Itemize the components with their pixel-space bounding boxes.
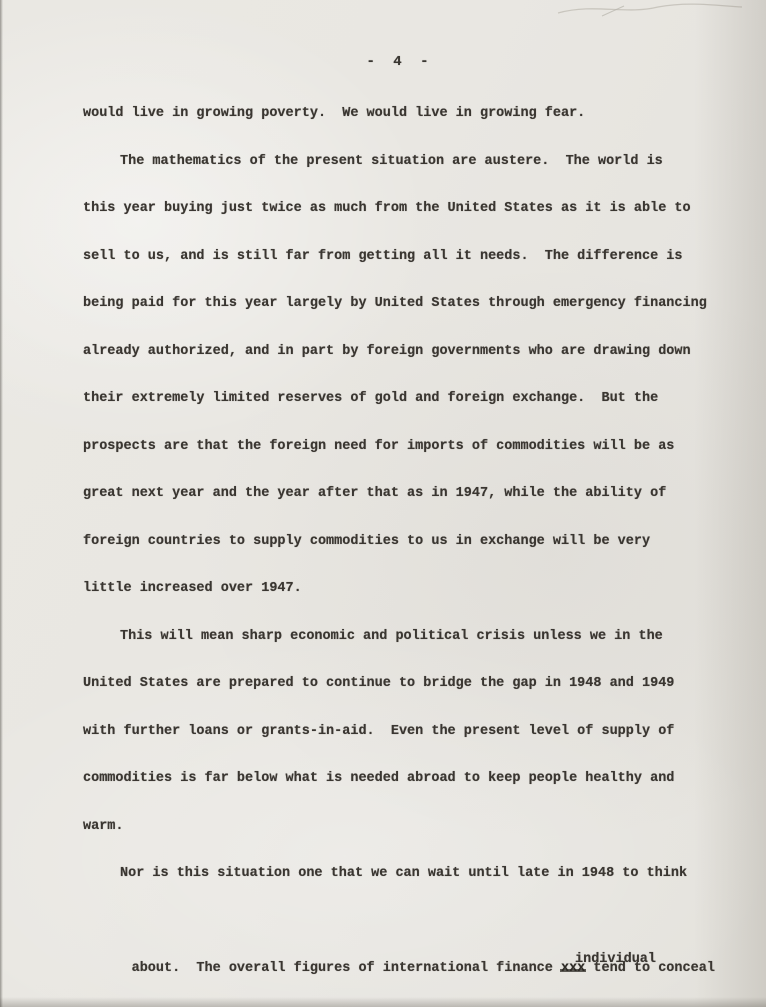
paper-right-shadow xyxy=(694,0,766,1007)
struck-out-word: xxx xyxy=(561,961,585,976)
page-number: - 4 - xyxy=(0,54,766,70)
text-line: would live in growing poverty. We would … xyxy=(83,90,713,138)
text-line: this year buying just twice as much from… xyxy=(83,185,713,233)
text-line-paragraph-start: Nor is this situation one that we can wa… xyxy=(83,850,713,898)
text-line: little increased over 1947. xyxy=(83,565,713,613)
text-line: foreign countries to supply commodities … xyxy=(83,518,713,566)
paper-bottom-edge xyxy=(0,997,766,1007)
text-line: being paid for this year largely by Unit… xyxy=(83,280,713,328)
text-line: United States are prepared to continue t… xyxy=(83,660,713,708)
document-body: would live in growing poverty. We would … xyxy=(83,90,713,984)
text-line: warm. xyxy=(83,803,713,851)
text-line: already authorized, and in part by forei… xyxy=(83,328,713,376)
text-line: prospects are that the foreign need for … xyxy=(83,423,713,471)
paper-left-edge xyxy=(0,0,3,1007)
text-line-paragraph-start: This will mean sharp economic and politi… xyxy=(83,613,713,661)
text-line: with further loans or grants-in-aid. Eve… xyxy=(83,708,713,756)
strikeout-line-pre: about. The overall figures of internatio… xyxy=(132,961,561,976)
text-line: their extremely limited reserves of gold… xyxy=(83,375,713,423)
scanned-document-page: - 4 - would live in growing poverty. We … xyxy=(0,0,766,1007)
text-line-paragraph-start: The mathematics of the present situation… xyxy=(83,138,713,186)
text-line: great next year and the year after that … xyxy=(83,470,713,518)
text-line: commodities is far below what is needed … xyxy=(83,755,713,803)
text-line: sell to us, and is still far from gettin… xyxy=(83,233,713,281)
